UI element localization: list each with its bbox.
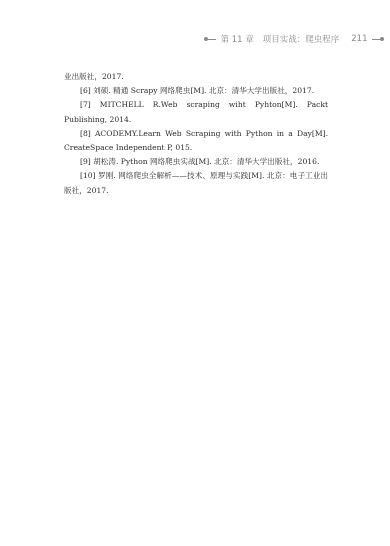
reference-item-8: [8] ACODEMY.Learn Web Scraping with Pyth… (64, 127, 328, 155)
running-header: 第 11 章 项目实战：爬虫程序 211 (206, 33, 382, 45)
reference-item-6: [6] 刘硕. 精通 Scrapy 网络爬虫[M]. 北京：清华大学出版社，20… (64, 84, 328, 98)
header-section-title: 项目实战：爬虫程序 (263, 33, 340, 45)
reference-item-10: [10] 罗刚. 网络爬虫全解析——技术、原理与实践[M]. 北京：电子工业出版… (64, 169, 328, 197)
reference-item-7: [7] MITCHELL R.Web scraping wiht Pyhton[… (64, 98, 328, 126)
reference-continuation: 业出版社，2017. (64, 70, 328, 84)
header-chapter: 第 11 章 (221, 33, 254, 45)
page-number: 211 (351, 34, 367, 44)
header-rule-right-icon (372, 39, 382, 40)
header-rule-left-icon (206, 39, 216, 40)
reference-item-9: [9] 胡松涛. Python 网络爬虫实战[M]. 北京：清华大学出版社，20… (64, 155, 328, 169)
reference-list: 业出版社，2017. [6] 刘硕. 精通 Scrapy 网络爬虫[M]. 北京… (64, 70, 328, 198)
